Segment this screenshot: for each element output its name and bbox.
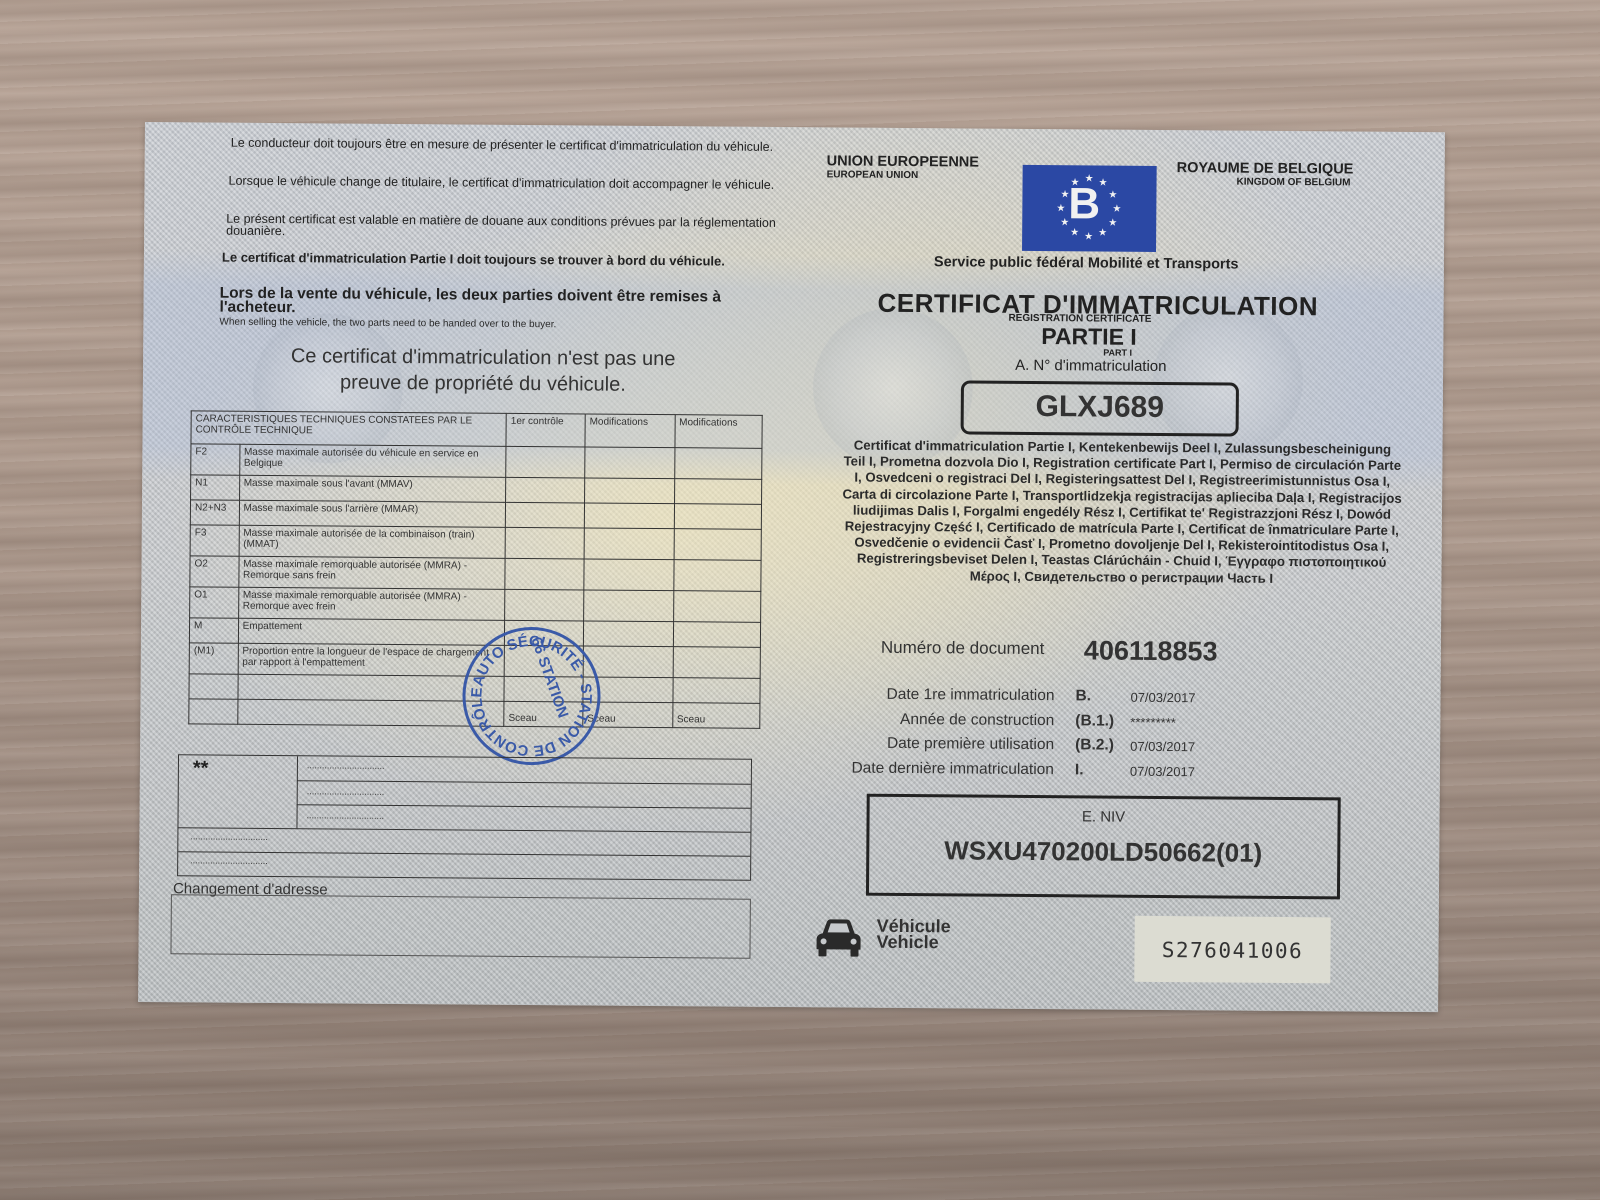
cell-empty (506, 446, 585, 478)
notice-sale-fr: Lors de la vente du véhicule, les deux p… (219, 287, 779, 319)
row-code: N2+N3 (190, 500, 239, 525)
plate-number: GLXJ689 (964, 389, 1236, 425)
cell-empty (585, 447, 675, 479)
kingdom-subtitle: KINGDOM OF BELGIUM (1237, 177, 1351, 189)
part-subtitle: PART I (1103, 348, 1132, 358)
eu-flag-icon: B ★ ★ ★ ★ ★ ★ ★ ★ ★ ★ ★ ★ (1022, 165, 1157, 252)
vehicle-label: Véhicule Vehicle (877, 918, 951, 951)
notice-sale-en: When selling the vehicle, the two parts … (219, 317, 556, 332)
row-desc: Proportion entre la longueur de l'espace… (238, 643, 505, 676)
cell-empty (584, 503, 674, 529)
date-label: Date dernière immatriculation (851, 759, 1054, 779)
inspection-stamp: AUTO SÉCURITÉ - STATION DE CONTRÔLE 66 S… (451, 616, 612, 777)
issuing-service: Service public fédéral Mobilité et Trans… (934, 254, 1239, 272)
date-code: (B.2.) (1075, 736, 1114, 754)
serial-box: S276041006 (1134, 916, 1331, 984)
table-header-title: CARACTERISTIQUES TECHNIQUES CONSTATEES P… (191, 411, 506, 446)
vin-box: E. NIV WSXU470200LD50662(01) (866, 794, 1341, 900)
vin-label: E. NIV (870, 807, 1338, 828)
cell-empty (674, 448, 762, 480)
row-desc: Masse maximale autorisée de la combinais… (239, 525, 506, 558)
signature-cell: ** (178, 755, 298, 828)
serial-number: S276041006 (1134, 938, 1330, 964)
star-icon: ★ (1098, 227, 1107, 238)
cell-empty (673, 560, 761, 592)
row-code: N1 (191, 475, 240, 500)
date-label: Date 1re immatriculation (886, 686, 1054, 705)
notice-owner-change: Lorsque le véhicule change de titulaire,… (228, 175, 788, 191)
row-code: O2 (190, 556, 239, 587)
date-code: (B.1.) (1075, 712, 1114, 730)
row-desc: Masse maximale autorisée du véhicule en … (239, 444, 506, 477)
cell-empty (506, 477, 585, 503)
cell-empty (672, 678, 760, 704)
cell-empty (584, 559, 674, 591)
star-icon: ★ (1099, 177, 1108, 188)
part-title: PARTIE I (1041, 323, 1137, 351)
cell-empty (505, 558, 584, 590)
date-value: 07/03/2017 (1130, 739, 1195, 755)
cell-empty (505, 527, 584, 559)
row-code (189, 674, 238, 699)
cell-empty (584, 528, 674, 560)
row-code: M (189, 618, 238, 643)
star-icon: ★ (1085, 173, 1094, 184)
star-icon: ★ (1084, 231, 1093, 242)
date-label: Année de construction (900, 710, 1054, 729)
dotted-line: ............................... (190, 831, 268, 842)
star-icon: ★ (1060, 217, 1069, 228)
notice-present: Le conducteur doit toujours être en mesu… (231, 137, 791, 153)
row-desc: Masse maximale sous l'arrière (MMAR) (239, 500, 506, 527)
table-row: O2 Masse maximale remorquable autorisée … (190, 556, 761, 591)
document-number: 406118853 (1084, 635, 1218, 667)
dotted-line: ............................... (307, 760, 385, 771)
cell-empty (674, 529, 762, 561)
table-header-modifications: Modifications (674, 415, 762, 449)
signature-marker: ** (193, 757, 209, 780)
seal-cell: Sceau (672, 703, 760, 729)
date-value: 07/03/2017 (1130, 763, 1195, 779)
notice-customs: Le présent certificat est valable en mat… (226, 213, 786, 241)
registration-certificate: Le conducteur doit toujours être en mesu… (138, 122, 1445, 1012)
kingdom-title: ROYAUME DE BELGIQUE (1177, 160, 1354, 177)
table-header-first-control: 1er contrôle (506, 413, 585, 447)
right-panel: UNION EUROPEENNE EUROPEAN UNION ROYAUME … (798, 127, 1445, 1012)
table-header-row: CARACTERISTIQUES TECHNIQUES CONSTATEES P… (191, 411, 762, 448)
row-desc: Masse maximale remorquable autorisée (MM… (238, 587, 505, 620)
date-value: 07/03/2017 (1130, 690, 1195, 706)
document-number-label: Numéro de document (881, 638, 1045, 659)
date-value: ********* (1130, 714, 1176, 729)
plate-box: GLXJ689 (961, 380, 1239, 436)
cell-empty (673, 591, 761, 623)
cell-empty (505, 589, 584, 621)
notice-on-board: Le certificat d'immatriculation Partie I… (222, 251, 762, 268)
dotted-line: ............................... (307, 786, 385, 797)
vin-value: WSXU470200LD50662(01) (869, 835, 1337, 870)
dotted-line: ............................... (190, 855, 268, 866)
address-change-box (170, 894, 750, 959)
table-row: F2 Masse maximale autorisée du véhicule … (191, 444, 762, 479)
star-icon: ★ (1060, 189, 1069, 200)
row-code (189, 699, 238, 724)
date-code: I. (1075, 761, 1084, 779)
row-code: F3 (190, 525, 239, 556)
multilingual-title-list: Certificat d'immatriculation Partie I, K… (841, 437, 1402, 587)
dotted-line: ............................... (307, 810, 385, 821)
date-row: Date dernière immatriculation I. 07/03/2… (800, 759, 1320, 788)
cell-empty (584, 590, 674, 622)
eu-title: UNION EUROPEENNE (827, 153, 979, 170)
row-code: O1 (190, 587, 239, 618)
divider (297, 804, 751, 809)
divider (297, 780, 751, 785)
row-code: F2 (191, 444, 240, 475)
proof-notice-line2: preuve de propriété du véhicule. (243, 369, 723, 399)
date-label: Date première utilisation (887, 735, 1054, 754)
cell-empty (584, 478, 674, 504)
dates-list: Date 1re immatriculation B. 07/03/2017 A… (800, 685, 1321, 787)
signature-box: ** ............................... .....… (177, 754, 752, 881)
cell-empty (505, 502, 584, 528)
star-icon: ★ (1112, 204, 1121, 215)
proof-notice: Ce certificat d'immatriculation n'est pa… (243, 343, 723, 399)
star-icon: ★ (1070, 227, 1079, 238)
row-desc: Masse maximale sous l'avant (MMAV) (239, 475, 506, 502)
star-icon: ★ (1108, 190, 1117, 201)
star-icon: ★ (1056, 203, 1065, 214)
cell-empty (673, 647, 761, 679)
cell-empty (674, 504, 762, 530)
plate-label: A. N° d'immatriculation (1015, 357, 1167, 375)
star-icon: ★ (1108, 218, 1117, 229)
cell-empty (674, 479, 762, 505)
cell-empty (673, 622, 761, 648)
row-code: (M1) (189, 643, 238, 674)
eu-subtitle: EUROPEAN UNION (827, 169, 919, 181)
row-desc: Empattement (238, 618, 505, 645)
car-icon (814, 917, 862, 959)
table-row: O1 Masse maximale remorquable autorisée … (190, 587, 761, 622)
table-row: F3 Masse maximale autorisée de la combin… (190, 525, 761, 560)
row-desc: Masse maximale remorquable autorisée (MM… (238, 556, 505, 589)
date-code: B. (1075, 687, 1091, 705)
proof-notice-line1: Ce certificat d'immatriculation n'est pa… (243, 343, 723, 373)
table-header-modifications: Modifications (585, 414, 675, 448)
star-icon: ★ (1071, 177, 1080, 188)
